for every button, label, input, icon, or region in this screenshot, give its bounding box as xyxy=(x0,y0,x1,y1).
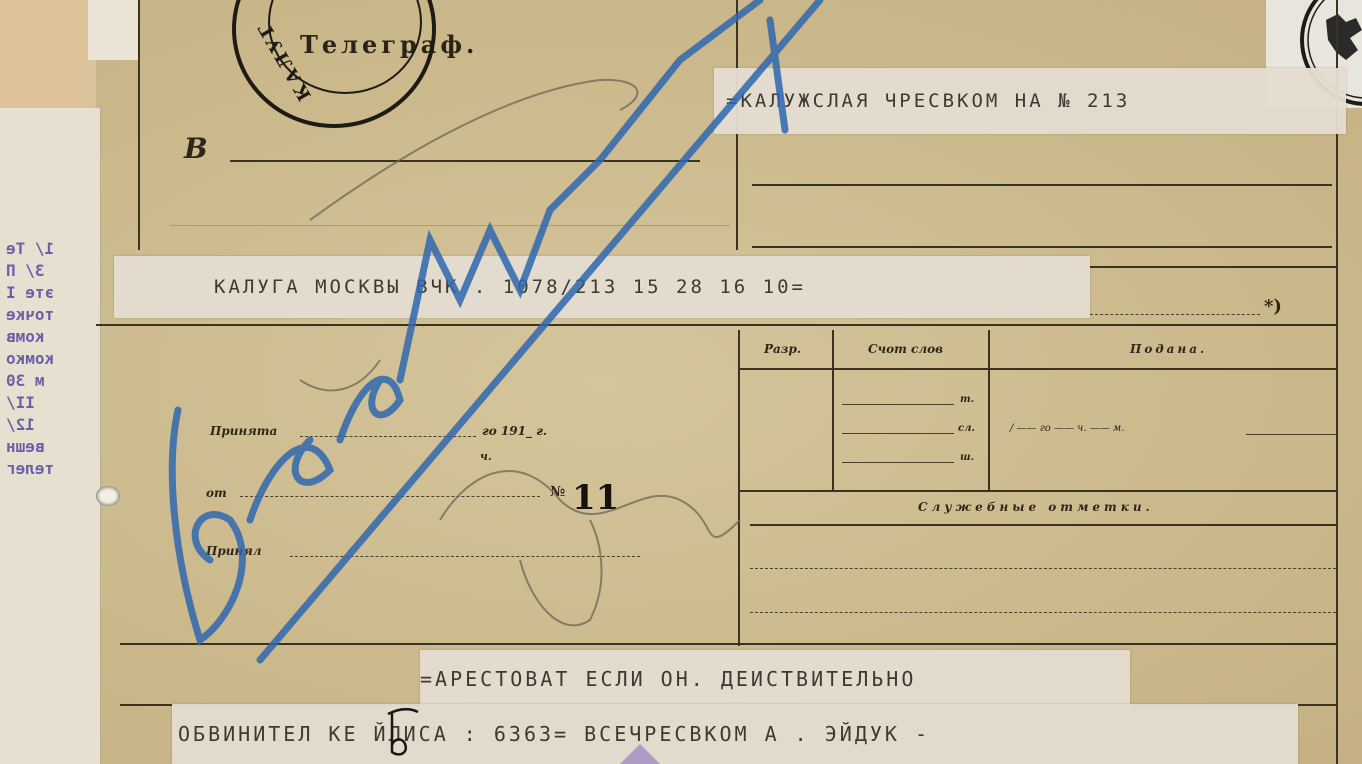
address-line xyxy=(230,160,700,162)
to-label: В xyxy=(184,132,208,165)
mirrored-carbon-text: 1/ Те 3/ П эте I точке комв комко м 30 I… xyxy=(6,238,94,480)
table-header-rule xyxy=(740,368,1336,370)
submitted-line xyxy=(1246,434,1336,435)
table-header-word-count: Счот слов xyxy=(868,342,943,356)
table-col-rule xyxy=(988,330,990,490)
form-left-border xyxy=(138,0,140,250)
received-label: Принята xyxy=(210,424,277,438)
table-header-submitted: Подана. xyxy=(1130,342,1207,356)
ruled-line xyxy=(1088,266,1336,268)
word-count-line xyxy=(842,433,954,434)
punch-hole xyxy=(96,486,120,506)
table-header-category: Разр. xyxy=(764,342,801,356)
footnote-line xyxy=(1090,314,1260,315)
ruled-line xyxy=(752,246,1332,248)
section-divider xyxy=(96,324,1336,326)
word-count-unit-t: т. xyxy=(960,394,974,405)
ruled-line xyxy=(752,184,1332,186)
carbon-copy-slip: 1/ Те 3/ П эте I точке комв комко м 30 I… xyxy=(0,108,101,764)
service-line xyxy=(750,524,1336,526)
telegram-number: 11 xyxy=(572,478,619,518)
word-count-unit-sl: сл. xyxy=(958,423,975,434)
from-line xyxy=(240,496,540,497)
tape-route-line: КАЛУГА МОСКВЫ ВЧК . 1078/213 15 28 16 10… xyxy=(114,256,1090,318)
corner-slip xyxy=(88,0,138,60)
word-count-line xyxy=(842,462,954,463)
tape-message-line-1: =АРЕСТОВАТ ЕСЛИ ОН. ДЕИСТВИТЕЛЬНО xyxy=(420,650,1130,708)
number-label: № xyxy=(550,484,565,500)
year-label: го 191_ г. xyxy=(482,424,547,438)
hour-mark: ч. xyxy=(480,450,492,463)
word-count-unit-sh: ш. xyxy=(960,452,974,463)
service-line xyxy=(750,568,1336,569)
tape-message-line-2: ОБВИНИТЕЛ КЕ ЙЛИСА : 6363= ВСЕЧРЕСВКОМ А… xyxy=(172,704,1298,764)
from-label: от xyxy=(206,486,227,500)
table-col-rule xyxy=(832,330,834,490)
form-center-divider-bottom xyxy=(738,330,740,646)
footnote-mark: *) xyxy=(1264,296,1282,317)
accepted-line xyxy=(290,556,640,557)
accepted-label: Принял xyxy=(206,544,262,558)
submitted-time-line: / —— го —— ч. —— м. xyxy=(1010,423,1124,434)
service-marks-label: Служебные отметки. xyxy=(918,500,1154,514)
received-line xyxy=(300,436,476,437)
service-line xyxy=(750,612,1336,613)
tape-top-right: =КАЛУЖСЛАЯ ЧРЕСВКОМ НА № 213 xyxy=(714,68,1346,134)
form-bottom-divider xyxy=(120,643,1336,645)
table-bottom-rule xyxy=(740,490,1336,492)
word-count-line xyxy=(842,404,954,405)
fold-line xyxy=(170,225,730,226)
